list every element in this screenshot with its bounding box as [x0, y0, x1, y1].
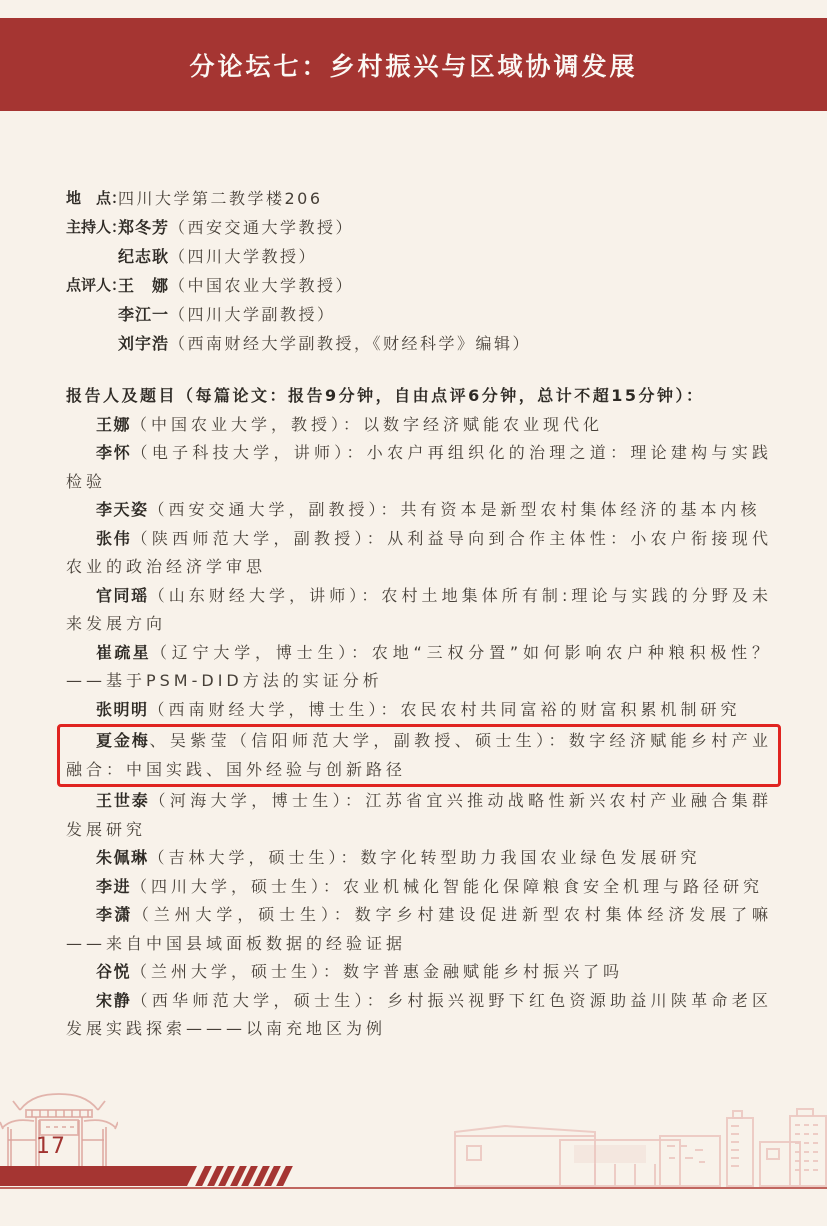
entry-text: （中国农业大学，教授）：以数字经济赋能农业现代化	[131, 415, 603, 434]
location-value: 四川大学第二教学楼206	[118, 184, 323, 213]
info-row-host: 主持人： 郑冬芳 （西安交通大学教授）	[66, 213, 772, 242]
roster-entry: 谷悦（兰州大学，硕士生）：数字普惠金融赋能乡村振兴了吗	[66, 958, 772, 987]
roster-entry: 朱佩琳（吉林大学，硕士生）：数字化转型助力我国农业绿色发展研究	[66, 844, 772, 873]
presenter-name: 李怀	[96, 443, 132, 462]
entry-text: （兰州大学，硕士生）：数字乡村建设促进新型农村集体经济发展了嘛——来自中国县域面…	[66, 905, 772, 953]
entry-text: （山东财经大学，讲师）：农村土地集体所有制:理论与实践的分野及未来发展方向	[66, 586, 772, 634]
entry-text: （西安交通大学，副教授）：共有资本是新型农村集体经济的基本内核	[149, 500, 761, 519]
commentator-label: 点评人：	[66, 271, 118, 300]
roster-entry: 王娜（中国农业大学，教授）：以数字经济赋能农业现代化	[66, 411, 772, 440]
presenter-name: 李进	[96, 877, 131, 896]
host-affiliation: （西安交通大学教授）	[169, 213, 354, 242]
info-row-host-2: 纪志耿 （四川大学教授）	[66, 242, 772, 271]
entry-text: （四川大学，硕士生）：农业机械化智能化保障粮食安全机理与路径研究	[131, 877, 763, 896]
commentator-affiliation: （西南财经大学副教授，《财经科学》编辑）	[169, 329, 531, 358]
session-info: 地 点： 四川大学第二教学楼206 主持人： 郑冬芳 （西安交通大学教授） 纪志…	[66, 184, 772, 358]
commentator-affiliation: （四川大学副教授）	[169, 300, 336, 329]
roster-entry: 崔疏星（辽宁大学，博士生）：农地“三权分置”如何影响农户种粮积极性？——基于PS…	[66, 639, 772, 696]
page-content: 地 点： 四川大学第二教学楼206 主持人： 郑冬芳 （西安交通大学教授） 纪志…	[66, 184, 772, 1044]
presenter-name: 朱佩琳	[96, 848, 149, 867]
forum-title: 分论坛七：乡村振兴与区域协调发展	[189, 47, 637, 83]
footer-red-bar	[0, 1166, 197, 1186]
roster-entry: 宋静（西华师范大学，硕士生）：乡村振兴视野下红色资源助益川陕革命老区发展实践探索…	[66, 987, 772, 1044]
host-name: 纪志耿	[118, 242, 169, 271]
presenter-name: 夏金梅	[96, 731, 150, 750]
info-row-location: 地 点： 四川大学第二教学楼206	[66, 184, 772, 213]
presenter-name: 张伟	[96, 529, 132, 548]
entry-text: （陕西师范大学，副教授）：从利益导向到合作主体性：小农户衔接现代农业的政治经济学…	[66, 529, 772, 577]
entry-text: （兰州大学，硕士生）：数字普惠金融赋能乡村振兴了吗	[131, 962, 623, 981]
location-label: 地 点：	[66, 184, 118, 213]
host-name: 郑冬芳	[118, 213, 169, 242]
host-label: 主持人：	[66, 213, 118, 242]
entry-text: 、吴紫莹（信阳师范大学，副教授、硕士生）：数字经济赋能乡村产业融合：中国实践、国…	[66, 731, 772, 779]
info-row-commentator-2: 李江一 （四川大学副教授）	[66, 300, 772, 329]
entry-text: （河海大学，博士生）：江苏省宜兴推动战略性新兴农村产业融合集群发展研究	[66, 791, 772, 839]
entry-text: （电子科技大学，讲师）：小农户再组织化的治理之道：理论建构与实践检验	[66, 443, 772, 491]
presenter-name: 宋静	[96, 991, 132, 1010]
forum-title-banner: 分论坛七：乡村振兴与区域协调发展	[0, 18, 827, 111]
roster-entry-highlighted: 夏金梅、吴紫莹（信阳师范大学，副教授、硕士生）：数字经济赋能乡村产业融合：中国实…	[66, 727, 772, 784]
host-affiliation: （四川大学教授）	[169, 242, 317, 271]
highlight-annotation-box: 夏金梅、吴紫莹（信阳师范大学，副教授、硕士生）：数字经济赋能乡村产业融合：中国实…	[57, 724, 781, 787]
commentator-name: 王 娜	[118, 271, 169, 300]
commentator-label-spacer	[66, 300, 118, 329]
roster-entry: 张明明（西南财经大学，博士生）：农民农村共同富裕的财富积累机制研究	[66, 696, 772, 725]
roster-entry: 王世泰（河海大学，博士生）：江苏省宜兴推动战略性新兴农村产业融合集群发展研究	[66, 787, 772, 844]
roster-entry: 李进（四川大学，硕士生）：农业机械化智能化保障粮食安全机理与路径研究	[66, 873, 772, 902]
presenter-name: 王世泰	[96, 791, 150, 810]
presenter-name: 谷悦	[96, 962, 131, 981]
page-number: 17	[36, 1134, 66, 1159]
program-page: 分论坛七：乡村振兴与区域协调发展 地 点： 四川大学第二教学楼206 主持人： …	[0, 0, 827, 1226]
campus-buildings-sketch-icon	[445, 1106, 827, 1188]
presenter-name: 崔疏星	[96, 643, 151, 662]
entry-text: （西华师范大学，硕士生）：乡村振兴视野下红色资源助益川陕革命老区发展实践探索——…	[66, 991, 772, 1039]
roster-heading: 报告人及题目（每篇论文：报告9分钟，自由点评6分钟，总计不超15分钟）：	[66, 382, 772, 411]
presenter-name: 王娜	[96, 415, 131, 434]
presenter-name: 官同瑶	[96, 586, 149, 605]
footer-diagonal-stripes	[200, 1166, 287, 1186]
commentator-name: 刘宇浩	[118, 329, 169, 358]
roster-section: 报告人及题目（每篇论文：报告9分钟，自由点评6分钟，总计不超15分钟）： 王娜（…	[66, 382, 772, 1044]
info-row-commentator: 点评人： 王 娜 （中国农业大学教授）	[66, 271, 772, 300]
roster-entry: 李天姿（西安交通大学，副教授）：共有资本是新型农村集体经济的基本内核	[66, 496, 772, 525]
roster-entry: 官同瑶（山东财经大学，讲师）：农村土地集体所有制:理论与实践的分野及未来发展方向	[66, 582, 772, 639]
info-row-commentator-3: 刘宇浩 （西南财经大学副教授，《财经科学》编辑）	[66, 329, 772, 358]
commentator-label-spacer	[66, 329, 118, 358]
host-label-spacer	[66, 242, 118, 271]
roster-entry: 张伟（陕西师范大学，副教授）：从利益导向到合作主体性：小农户衔接现代农业的政治经…	[66, 525, 772, 582]
entry-text: （吉林大学，硕士生）：数字化转型助力我国农业绿色发展研究	[149, 848, 701, 867]
entry-text: （西南财经大学，博士生）：农民农村共同富裕的财富积累机制研究	[149, 700, 741, 719]
presenter-name: 张明明	[96, 700, 149, 719]
presenter-name: 李潇	[96, 905, 133, 924]
roster-entry: 李怀（电子科技大学，讲师）：小农户再组织化的治理之道：理论建构与实践检验	[66, 439, 772, 496]
commentator-name: 李江一	[118, 300, 169, 329]
entry-text: （辽宁大学，博士生）：农地“三权分置”如何影响农户种粮积极性？——基于PSM-D…	[66, 643, 772, 691]
commentator-affiliation: （中国农业大学教授）	[169, 271, 354, 300]
roster-entry: 李潇（兰州大学，硕士生）：数字乡村建设促进新型农村集体经济发展了嘛——来自中国县…	[66, 901, 772, 958]
presenter-name: 李天姿	[96, 500, 149, 519]
